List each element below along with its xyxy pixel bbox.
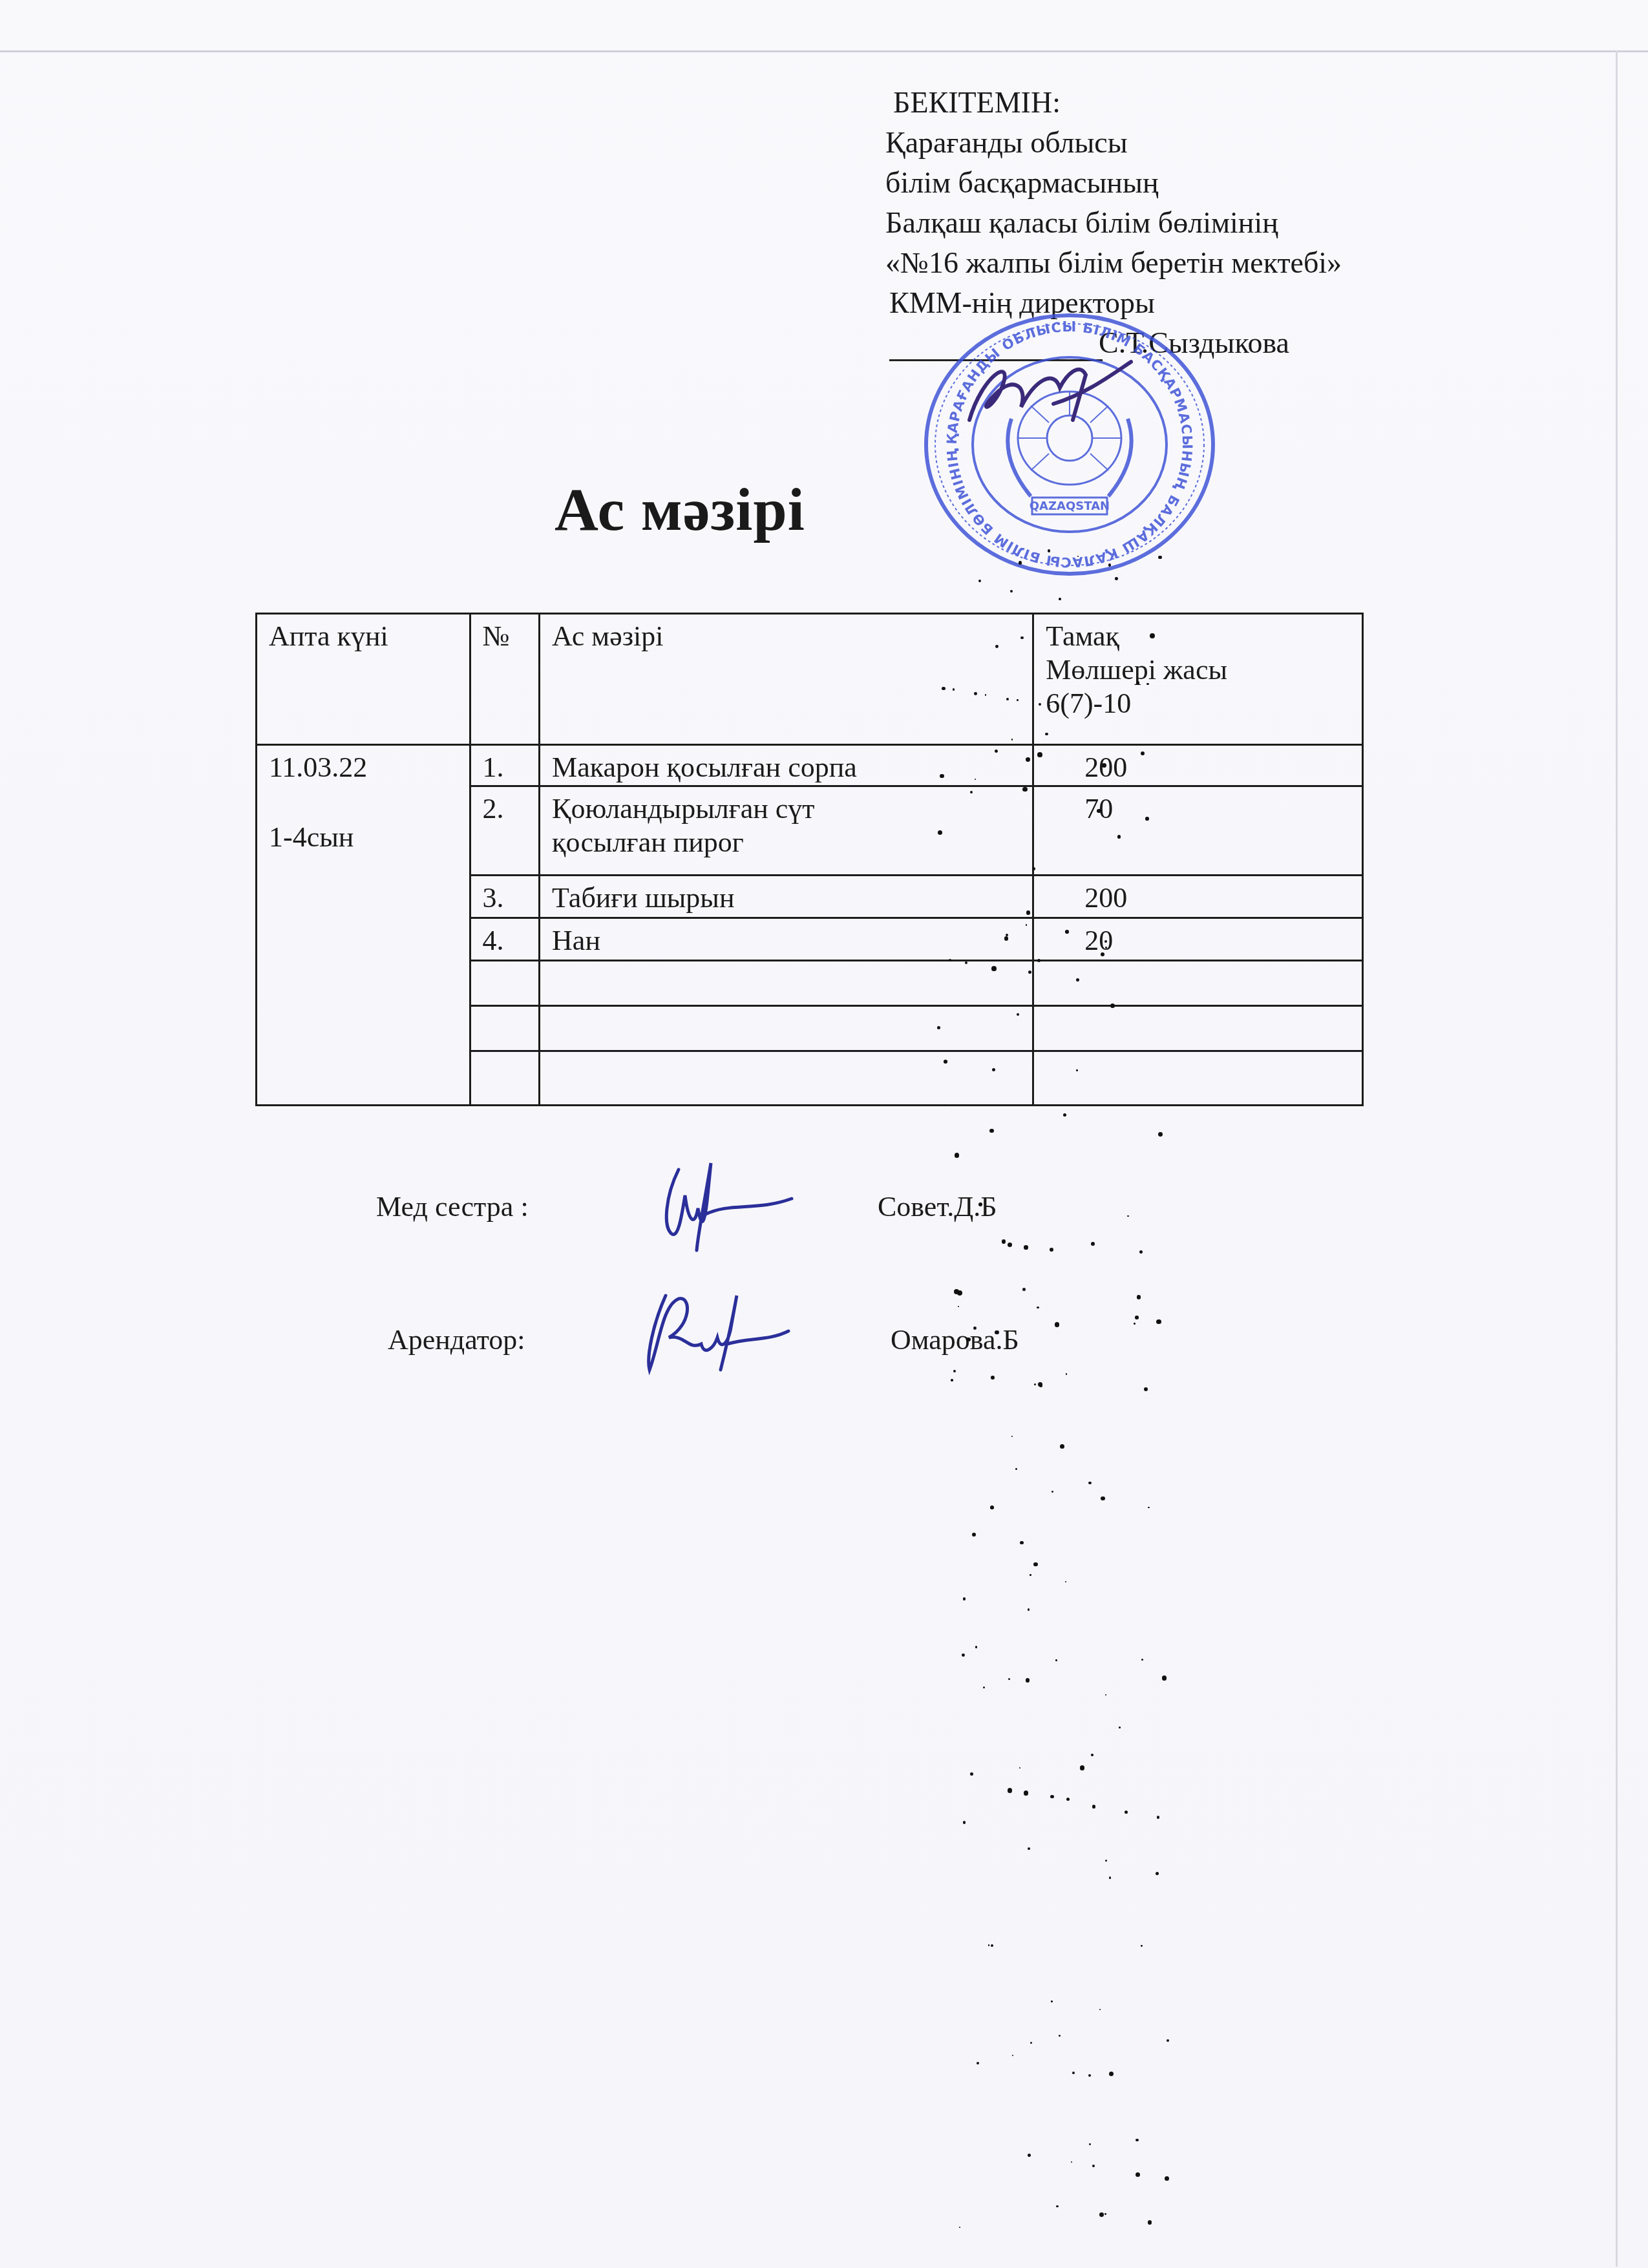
- menu-date: 11.03.22: [269, 751, 458, 784]
- header-number: №: [470, 614, 540, 745]
- dish-quantity: 20: [1033, 918, 1363, 961]
- dish-name: Макарон қосылған сорпа: [540, 745, 1033, 786]
- page-title: Ас мәзірі: [555, 475, 805, 545]
- dish-quantity: 70: [1033, 786, 1363, 876]
- row-number: 4.: [470, 918, 540, 961]
- dish-name: Нан: [540, 918, 1033, 961]
- header-portion-line: Тамақ: [1046, 620, 1350, 653]
- approval-line: білім басқармасының: [885, 163, 1342, 203]
- row-number: 2.: [470, 786, 540, 876]
- director-signature-icon: [956, 349, 1150, 426]
- nurse-signature-icon: [659, 1157, 801, 1254]
- tenant-signature-icon: [640, 1286, 795, 1376]
- row-number: 1.: [470, 745, 540, 786]
- scan-edge-right: [1616, 50, 1618, 2267]
- nurse-name: Совет.Д.Б: [878, 1190, 997, 1223]
- approval-heading: БЕКІТЕМІН:: [885, 83, 1342, 123]
- dish-quantity: 200: [1033, 876, 1363, 918]
- menu-table: Апта күні № Ас мәзірі Тамақ Мөлшері жасы…: [255, 613, 1364, 1106]
- nurse-label: Мед сестра :: [376, 1190, 529, 1223]
- tenant-label: Арендатор:: [388, 1323, 525, 1356]
- table-row: 11.03.22 1-4сын 1. Макарон қосылған сорп…: [257, 745, 1363, 786]
- header-portion-line: 6(7)-10: [1046, 687, 1350, 720]
- table-header-row: Апта күні № Ас мәзірі Тамақ Мөлшері жасы…: [257, 614, 1363, 745]
- date-cell: 11.03.22 1-4сын: [257, 745, 470, 1106]
- header-day: Апта күні: [257, 614, 470, 745]
- row-number: 3.: [470, 876, 540, 918]
- approval-line: Балқаш қаласы білім бөлімінің: [885, 203, 1342, 243]
- scanned-page: [0, 0, 1648, 2268]
- header-menu: Ас мәзірі: [540, 614, 1033, 745]
- dish-name: Табиғи шырын: [540, 876, 1033, 918]
- tenant-name: Омарова.Б: [891, 1323, 1019, 1356]
- header-portion: Тамақ Мөлшері жасы 6(7)-10: [1033, 614, 1363, 745]
- approval-line: Қарағанды облысы: [885, 123, 1342, 163]
- grade-range: 1-4сын: [269, 821, 458, 854]
- dish-quantity: 200: [1033, 745, 1363, 786]
- approval-line: «№16 жалпы білім беретін мектебі»: [885, 243, 1342, 283]
- svg-text:QAZAQSTAN: QAZAQSTAN: [1030, 499, 1110, 513]
- header-portion-line: Мөлшері жасы: [1046, 653, 1350, 687]
- scan-edge-top: [0, 50, 1648, 52]
- dish-name: Қоюландырылған сүт қосылған пирог: [540, 786, 1033, 876]
